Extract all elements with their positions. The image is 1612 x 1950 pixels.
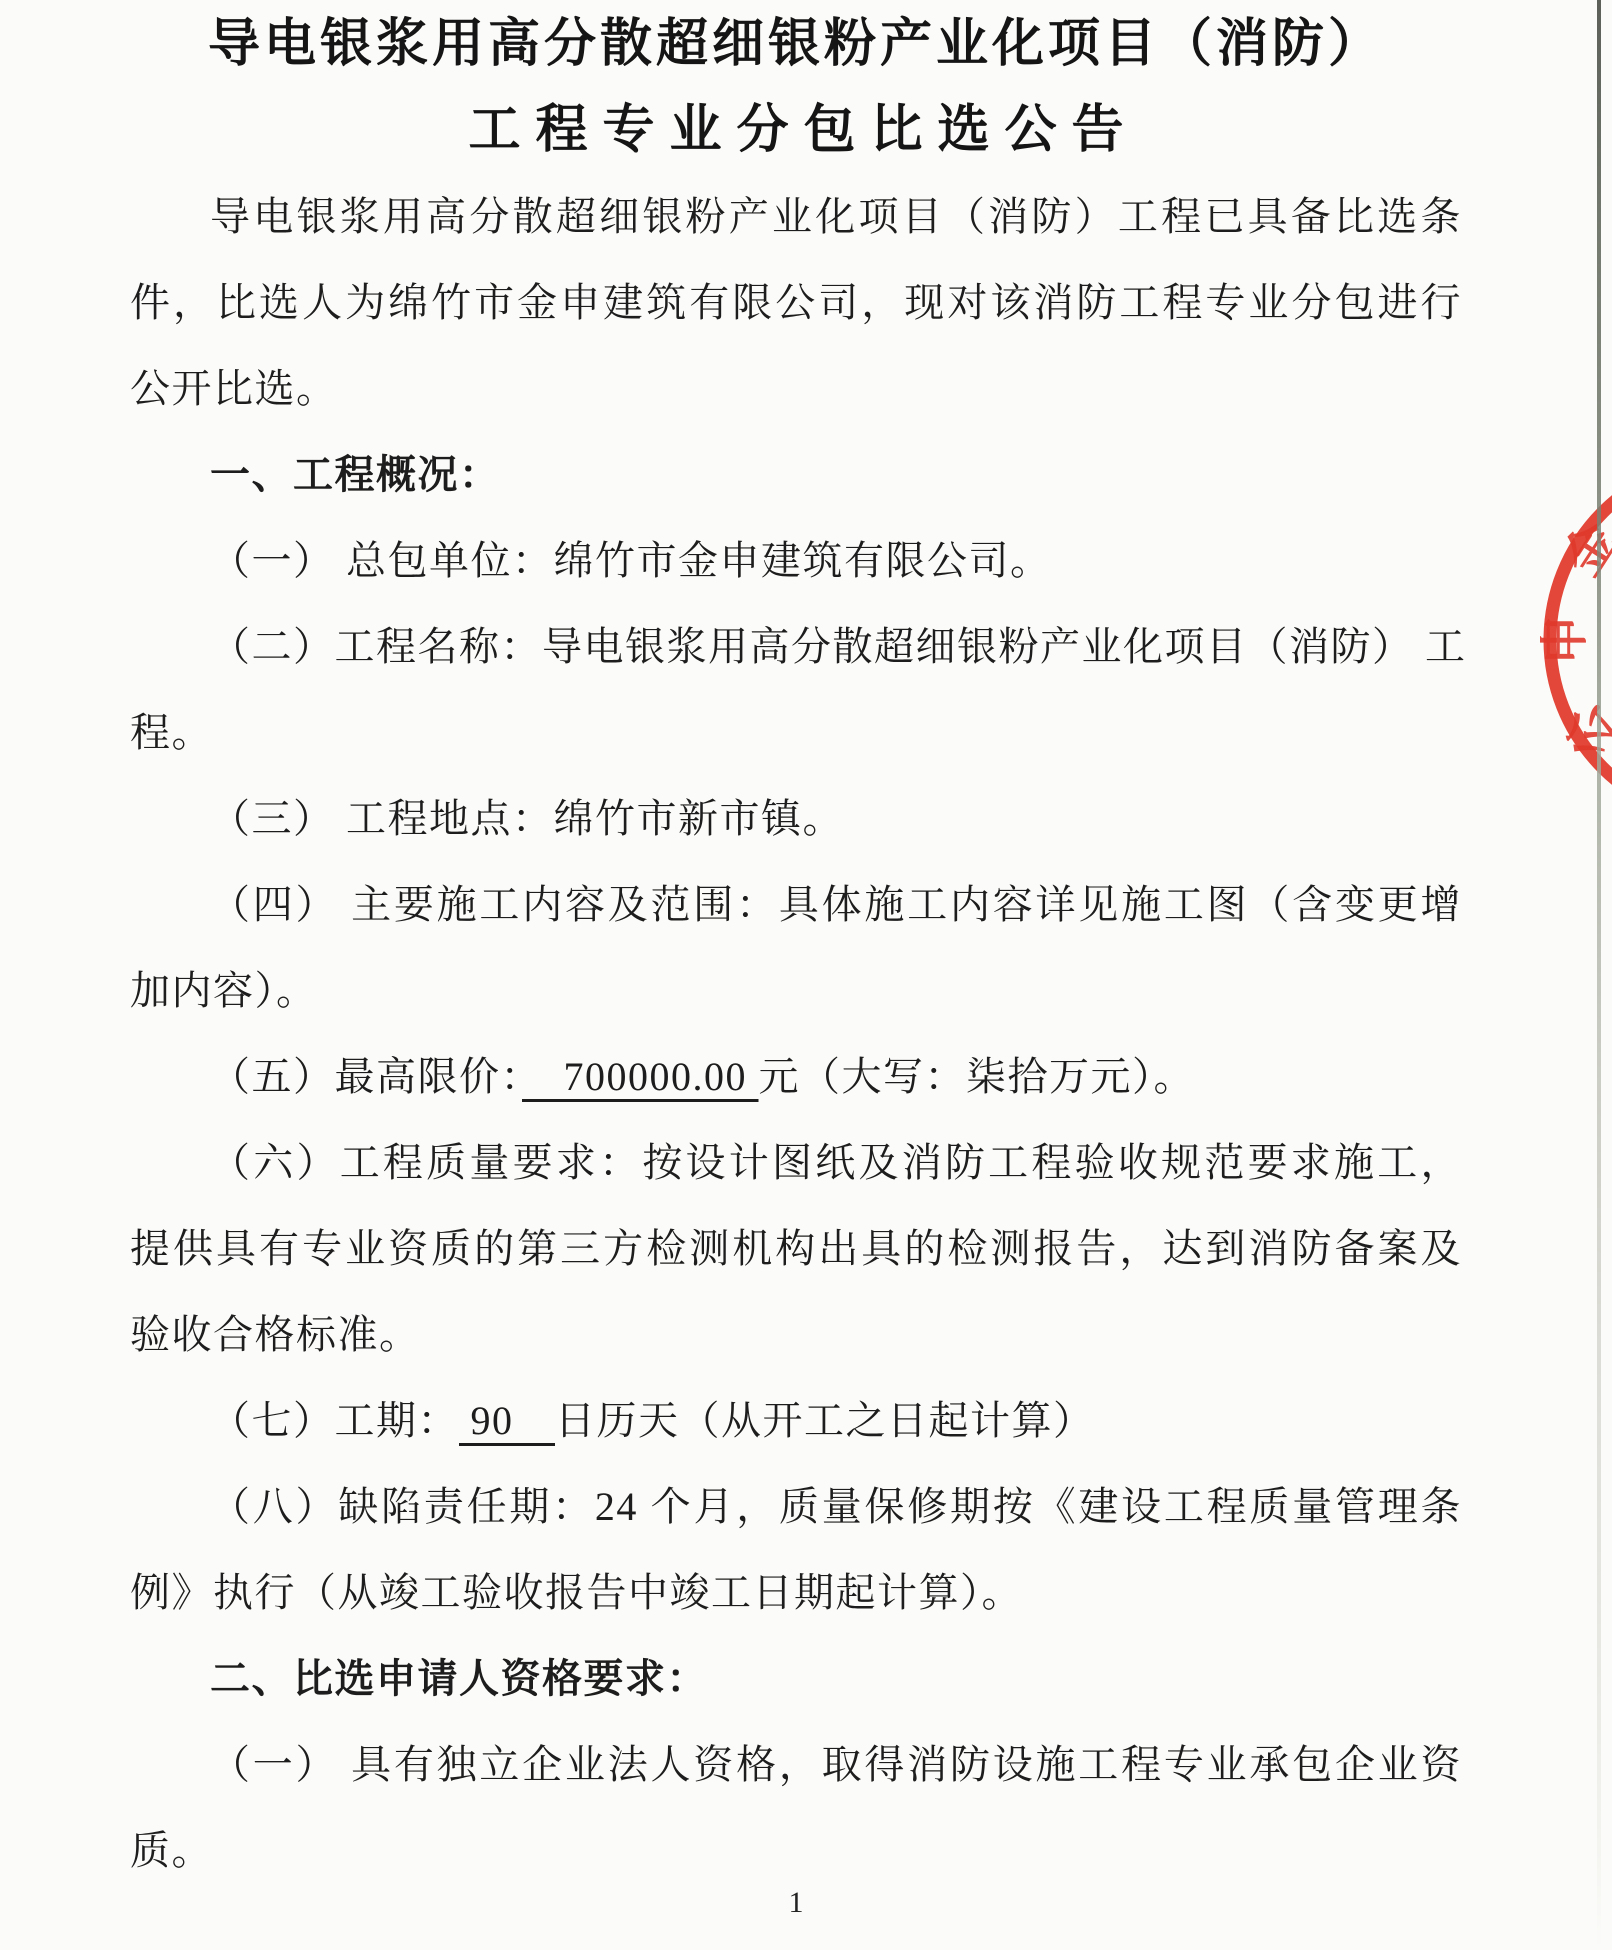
text-segment: 元（大写：柒拾万元）。 bbox=[759, 1054, 1196, 1099]
document-body: 导电银浆用高分散超细银粉产业化项目（消防） 工程专业分包比选公告 导电银浆用高分… bbox=[130, 2, 1462, 1894]
text-line-10: 加内容）。 bbox=[130, 948, 1462, 1034]
text-segment: （四） 主要施工内容及范围：具体施工内容详见施工图（含变更增 bbox=[210, 882, 1462, 927]
text-line-3: 公开比选。 bbox=[130, 346, 1462, 432]
text-segment: 导电银浆用高分散超细银粉产业化项目（消防）工程已具备比选条 bbox=[210, 194, 1462, 239]
text-segment: （一） 具有独立企业法人资格，取得消防设施工程专业承包企业资 bbox=[210, 1742, 1462, 1787]
text-segment: 一、工程概况： bbox=[210, 452, 501, 497]
text-segment: 验收合格标准。 bbox=[130, 1312, 421, 1357]
text-line-13: 提供具有专业资质的第三方检测机构出具的检测报告，达到消防备案及 bbox=[130, 1206, 1462, 1292]
text-line-11: （五）最高限价： 700000.00 元（大写：柒拾万元）。 bbox=[130, 1034, 1462, 1120]
text-line-17: 例》执行（从竣工验收报告中竣工日期起计算）。 bbox=[130, 1550, 1462, 1636]
text-line-1: 导电银浆用高分散超细银粉产业化项目（消防）工程已具备比选条 bbox=[130, 174, 1462, 260]
text-segment: 提供具有专业资质的第三方检测机构出具的检测报告，达到消防备案及 bbox=[130, 1226, 1462, 1271]
text-segment: （七）工期： bbox=[210, 1398, 459, 1443]
text-segment: （一） 总包单位：绵竹市金申建筑有限公司。 bbox=[210, 538, 1052, 583]
scan-edge-artifact bbox=[1597, 0, 1601, 1950]
text-line-7: 程。 bbox=[130, 690, 1462, 776]
text-segment: （六）工程质量要求：按设计图纸及消防工程验收规范要求施工， bbox=[210, 1140, 1462, 1185]
text-segment: （三） 工程地点：绵竹市新市镇。 bbox=[210, 796, 844, 841]
text-line-16: （八）缺陷责任期：24 个月，质量保修期按《建设工程质量管理条 bbox=[130, 1464, 1462, 1550]
text-line-20: 质。 bbox=[130, 1808, 1462, 1894]
underlined-value: 700000.00 bbox=[522, 1054, 759, 1099]
text-segment: 公开比选。 bbox=[130, 366, 338, 411]
seal-circle-graphic: 金 申 公 bbox=[1540, 448, 1612, 832]
text-line-14: 验收合格标准。 bbox=[130, 1292, 1462, 1378]
seal-char-3: 公 bbox=[1554, 695, 1612, 767]
text-line-15: （七）工期： 90 日历天（从开工之日起计算） bbox=[130, 1378, 1462, 1464]
text-line-18: 二、比选申请人资格要求： bbox=[130, 1636, 1462, 1722]
text-segment: 日历天（从开工之日起计算） bbox=[555, 1398, 1095, 1443]
text-line-8: （三） 工程地点：绵竹市新市镇。 bbox=[130, 776, 1462, 862]
text-line-4: 一、工程概况： bbox=[130, 432, 1462, 518]
seal-char-1: 金 bbox=[1554, 513, 1612, 585]
page-number: 1 bbox=[130, 1886, 1462, 1920]
text-line-12: （六）工程质量要求：按设计图纸及消防工程验收规范要求施工， bbox=[130, 1120, 1462, 1206]
text-segment: 二、比选申请人资格要求： bbox=[210, 1656, 708, 1701]
text-line-5: （一） 总包单位：绵竹市金申建筑有限公司。 bbox=[130, 518, 1462, 604]
document-page: { "document": { "title_lines": [ "导电银浆用高… bbox=[0, 0, 1612, 1950]
text-segment: 例》执行（从竣工验收报告中竣工日期起计算）。 bbox=[130, 1570, 1023, 1615]
body-text-lines: 导电银浆用高分散超细银粉产业化项目（消防）工程已具备比选条件，比选人为绵竹市金申… bbox=[130, 174, 1462, 1894]
document-title-line-1: 导电银浆用高分散超细银粉产业化项目（消防） bbox=[130, 2, 1462, 88]
company-seal-stamp: 金 申 公 bbox=[1540, 448, 1612, 832]
text-segment: 质。 bbox=[130, 1828, 213, 1873]
text-line-2: 件，比选人为绵竹市金申建筑有限公司，现对该消防工程专业分包进行 bbox=[130, 260, 1462, 346]
text-segment: （二）工程名称：导电银浆用高分散超细银粉产业化项目（消防） 工 bbox=[210, 624, 1467, 669]
text-line-9: （四） 主要施工内容及范围：具体施工内容详见施工图（含变更增 bbox=[130, 862, 1462, 948]
text-segment: （八）缺陷责任期：24 个月，质量保修期按《建设工程质量管理条 bbox=[210, 1484, 1462, 1529]
underlined-value: 90 bbox=[459, 1398, 555, 1443]
document-title-line-2: 工程专业分包比选公告 bbox=[130, 88, 1462, 174]
text-segment: 件，比选人为绵竹市金申建筑有限公司，现对该消防工程专业分包进行 bbox=[130, 280, 1462, 325]
text-segment: 程。 bbox=[130, 710, 213, 755]
text-line-19: （一） 具有独立企业法人资格，取得消防设施工程专业承包企业资 bbox=[130, 1722, 1462, 1808]
text-line-6: （二）工程名称：导电银浆用高分散超细银粉产业化项目（消防） 工 bbox=[130, 604, 1462, 690]
text-segment: （五）最高限价： bbox=[210, 1054, 522, 1099]
text-segment: 加内容）。 bbox=[130, 968, 318, 1013]
seal-char-2: 申 bbox=[1540, 615, 1592, 665]
